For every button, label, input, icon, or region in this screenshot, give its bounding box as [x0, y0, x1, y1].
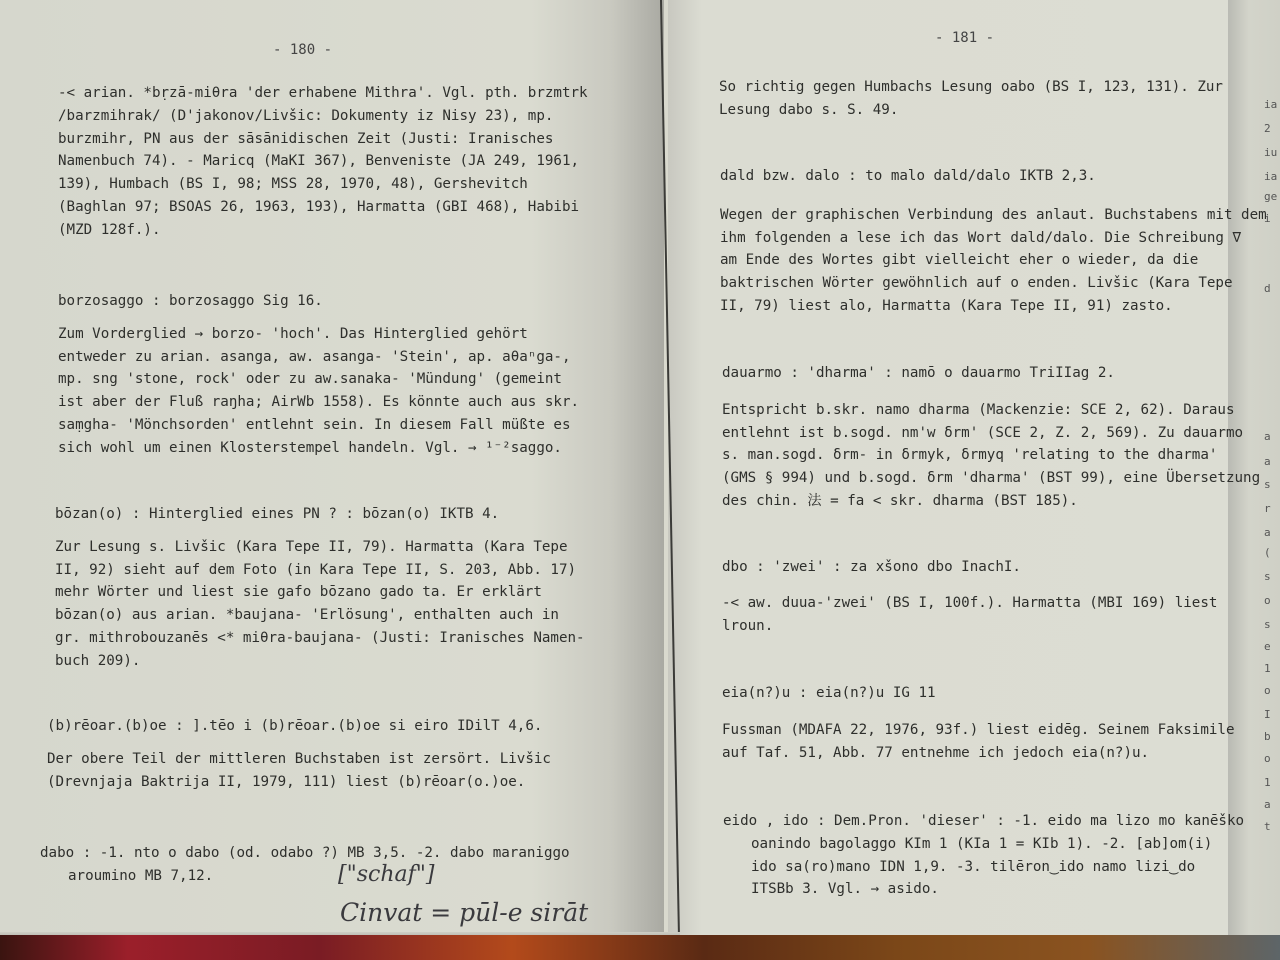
page-number-right: - 181 -	[935, 30, 994, 46]
text-line: ist aber der Fluß raŋha; AirWb 1558). Es…	[58, 391, 579, 414]
text-line: aroumino MB 7,12.	[40, 865, 570, 888]
text-line: (Drevnjaja Baktrija II, 1979, 111) liest…	[47, 771, 551, 794]
text-line: s. man.sogd. δrm- in δrmyk, δrmyq 'relat…	[722, 444, 1260, 467]
text-line: Zur Lesung s. Livšic (Kara Tepe II, 79).…	[55, 536, 585, 559]
text-line: Lesung dabo s. S. 49.	[719, 99, 1223, 122]
text-line: sich wohl um einen Klosterstempel handel…	[58, 437, 579, 460]
entry-headword: dbo : 'zwei' : za xšono dbo InachI.	[722, 556, 1217, 579]
text-line: des chin. 法 = fa < skr. dharma (BST 185)…	[722, 490, 1260, 513]
text-line: mp. sng 'stone, rock' oder zu aw.sanaka-…	[58, 368, 579, 391]
text-line: II, 79) liest alo, Harmatta (Kara Tepe I…	[720, 295, 1267, 318]
text-line: saṃgha- 'Mönchsorden' entlehnt sein. In …	[58, 414, 579, 437]
handwritten-note-schaf: ["schaf"]	[338, 862, 434, 887]
entry-headword: dabo : -1. nto o dabo (od. odabo ?) MB 3…	[40, 842, 570, 865]
entry-brzmihr-continuation: -< arian. *bṛzā-miθra 'der erhabene Mith…	[58, 82, 588, 242]
entry-borzosaggo: borzosaggo : borzosaggo Sig 16. Zum Vord…	[58, 290, 579, 460]
text-line: gr. mithrobouzanēs <* miθra-baujana- (Ju…	[55, 627, 585, 650]
entry-dabo-continuation: So richtig gegen Humbachs Lesung oabo (B…	[719, 76, 1223, 122]
text-line: bōzan(o) aus arian. *baujana- 'Erlösung'…	[55, 604, 585, 627]
entry-headword: eia(n?)u : eia(n?)u IG 11	[722, 682, 1235, 705]
entry-eiaenu: eia(n?)u : eia(n?)u IG 11 Fussman (MDAFA…	[722, 682, 1235, 764]
handwritten-note-cinvat: Cinvat = pūl-e sirāt	[340, 898, 588, 927]
text-line: mehr Wörter und liest sie gafo bōzano ga…	[55, 581, 585, 604]
text-line: entweder zu arian. asanga, aw. asanga- '…	[58, 346, 579, 369]
text-line: lroun.	[722, 615, 1217, 638]
entry-headword: eido , ido : Dem.Pron. 'dieser' : -1. ei…	[723, 810, 1244, 833]
text-line: -< arian. *bṛzā-miθra 'der erhabene Mith…	[58, 82, 588, 105]
text-line: ITSBb 3. Vgl. → asido.	[723, 878, 1244, 901]
text-line: 139), Humbach (BS I, 98; MSS 28, 1970, 4…	[58, 173, 588, 196]
text-line: /barzmihrak/ (D'jakonov/Livšic: Dokument…	[58, 105, 588, 128]
text-line: Zum Vorderglied → borzo- 'hoch'. Das Hin…	[58, 323, 579, 346]
entry-headword: dald bzw. dalo : to malo dald/dalo IKTB …	[720, 165, 1267, 188]
entry-dauarmo: dauarmo : 'dharma' : namō o dauarmo TriI…	[722, 362, 1260, 513]
entry-headword: bōzan(o) : Hinterglied eines PN ? : bōza…	[55, 503, 585, 526]
text-line: -< aw. duua-'zwei' (BS I, 100f.). Harmat…	[722, 592, 1217, 615]
text-line: burzmihr, PN aus der sāsānidischen Zeit …	[58, 128, 588, 151]
text-line: entlehnt ist b.sogd. nm'w δrm' (SCE 2, Z…	[722, 422, 1260, 445]
text-line: auf Taf. 51, Abb. 77 entnehme ich jedoch…	[722, 742, 1235, 765]
entry-dald: dald bzw. dalo : to malo dald/dalo IKTB …	[720, 165, 1267, 318]
text-line: So richtig gegen Humbachs Lesung oabo (B…	[719, 76, 1223, 99]
text-line: Entspricht b.skr. namo dharma (Mackenzie…	[722, 399, 1260, 422]
entry-bozano: bōzan(o) : Hinterglied eines PN ? : bōza…	[55, 503, 585, 673]
text-line: Fussman (MDAFA 22, 1976, 93f.) liest eid…	[722, 719, 1235, 742]
entry-eido: eido , ido : Dem.Pron. 'dieser' : -1. ei…	[723, 810, 1244, 901]
entry-breoar: (b)rēoar.(b)oe : ].tēo i (b)rēoar.(b)oe …	[47, 715, 551, 793]
entry-dbo: dbo : 'zwei' : za xšono dbo InachI. -< a…	[722, 556, 1217, 637]
page-number-left: - 180 -	[273, 42, 332, 58]
text-line: Namenbuch 74). - Maricq (MaKI 367), Benv…	[58, 150, 588, 173]
text-line: (MZD 128f.).	[58, 219, 588, 242]
entry-dabo: dabo : -1. nto o dabo (od. odabo ?) MB 3…	[40, 842, 570, 888]
text-line: ihm folgenden a lese ich das Wort dald/d…	[720, 227, 1267, 250]
text-line: (Baghlan 97; BSOAS 26, 1963, 193), Harma…	[58, 196, 588, 219]
text-line: (GMS § 994) und b.sogd. δrm 'dharma' (BS…	[722, 467, 1260, 490]
text-line: Der obere Teil der mittleren Buchstaben …	[47, 748, 551, 771]
text-line: am Ende des Wortes gibt vielleicht eher …	[720, 249, 1267, 272]
entry-headword: dauarmo : 'dharma' : namō o dauarmo TriI…	[722, 362, 1260, 385]
text-line: ido sa(ro)mano IDN 1,9. -3. tilēron‿ido …	[723, 856, 1244, 879]
entry-headword: (b)rēoar.(b)oe : ].tēo i (b)rēoar.(b)oe …	[47, 715, 551, 738]
entry-headword: borzosaggo : borzosaggo Sig 16.	[58, 290, 579, 313]
text-line: baktrischen Wörter gewöhnlich auf o ende…	[720, 272, 1267, 295]
text-line: Wegen der graphischen Verbindung des anl…	[720, 204, 1267, 227]
text-line: II, 92) sieht auf dem Foto (in Kara Tepe…	[55, 559, 585, 582]
text-line: buch 209).	[55, 650, 585, 673]
tablecloth-background	[0, 935, 1280, 960]
text-line: oanindo bagolaggo KIm 1 (KIa 1 = KIb 1).…	[723, 833, 1244, 856]
